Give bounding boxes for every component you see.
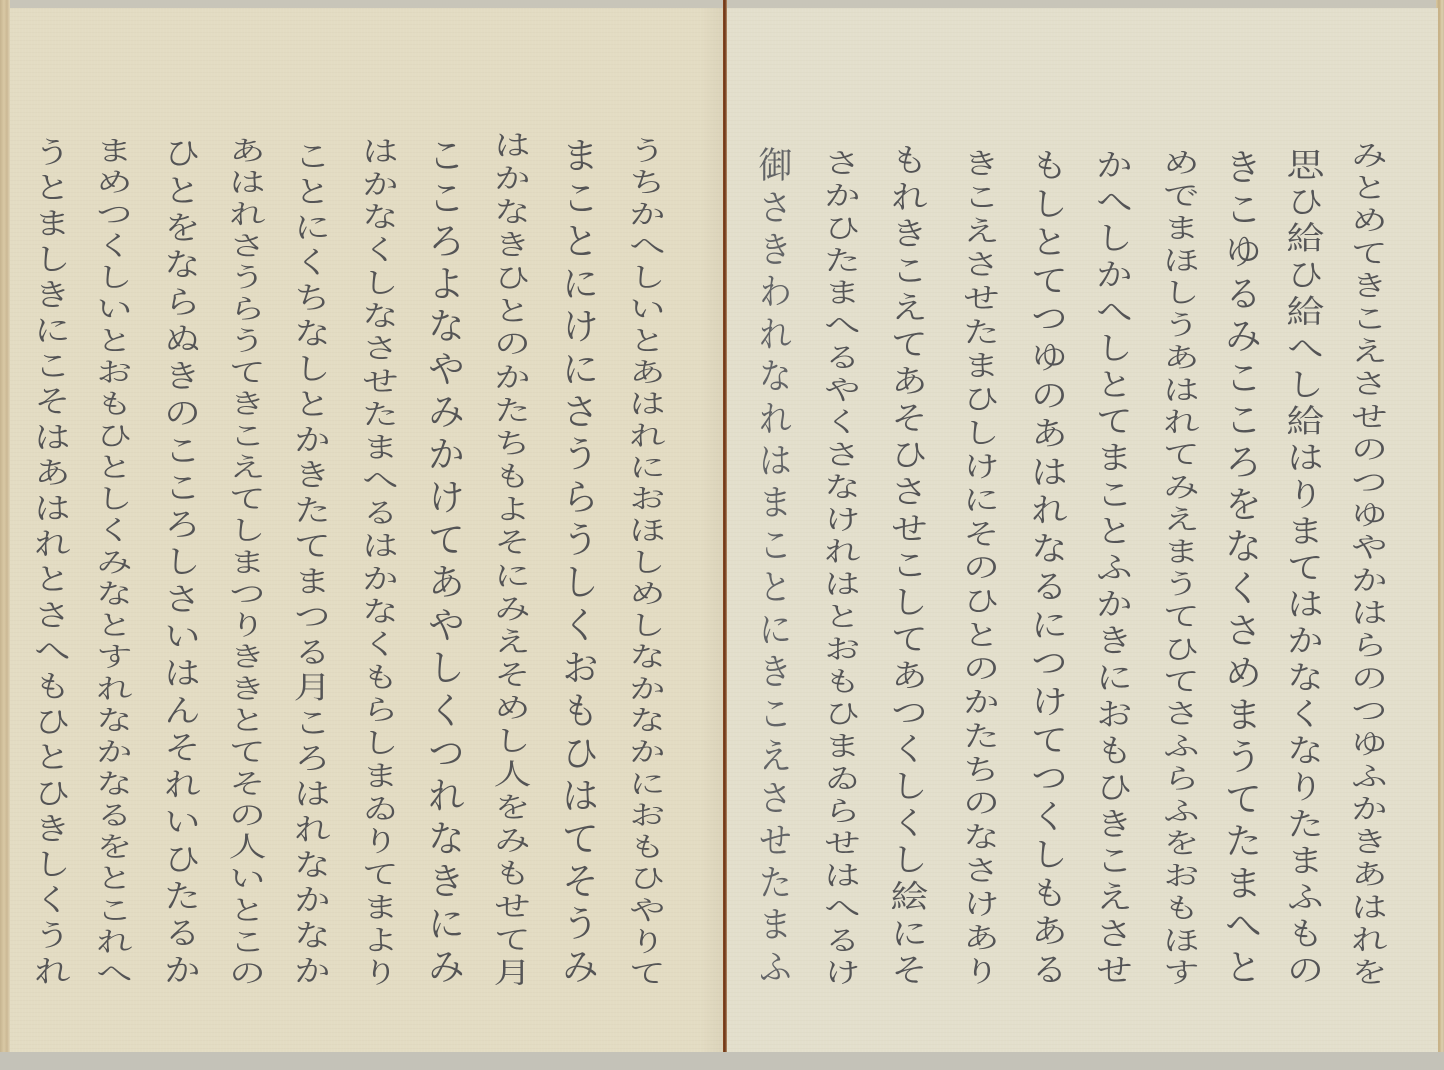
scan-bottom-edge	[0, 1052, 1444, 1070]
right-column-6: もしとてつゆのあはれなるにつけてつくしもある	[1027, 148, 1065, 990]
right-column-5: かへしかへしとてまことふかきにおもひきこえさせ	[1092, 148, 1130, 990]
right-column-2: 思ひ給ひ給へし給はりまてはかなくなりたまふもの	[1283, 148, 1321, 990]
left-column-2: まことにけにさうらうしくおもひはてそうみ	[558, 136, 596, 990]
gutter-shadow-left	[700, 8, 723, 1053]
left-column-10: うとましきにこそはあはれとさへもひとひきしくうれ	[30, 136, 68, 990]
right-column-3: きこゆるみこころをなくさめまうてたまへと	[1221, 148, 1259, 990]
left-column-7: あはれさうらうてきこえてしまつりききとてその人いとこの	[225, 136, 263, 990]
left-page: うちかへしいとあはれにおほしめしなかなかにおもひやりて まことにけにさうらうしく…	[10, 8, 723, 1053]
right-column-9: さかひたまへるやくさなけれはとおもひまゐらせはへるけ	[820, 148, 858, 990]
left-column-5: はかなくしなさせたまへるはかなくもらしまゐりてまより	[358, 136, 396, 991]
left-column-6: ことにくちなしとかきたてまつる月ころはれなかなか	[290, 140, 328, 990]
right-page: みとめてきこえさせのつゆやかはらのつゆふかきあはれを 思ひ給ひ給へし給はりまては…	[727, 8, 1438, 1053]
left-column-9: まめつくしいとおもひとしくみなとすれなかなるをとこれへ	[92, 136, 130, 990]
right-column-4: めでまほしうあはれてみえまうてひてさふらふをおもほす	[1159, 148, 1197, 990]
right-column-7: きこえさせたまひしけにそのひとのかたちのなさけあり	[959, 148, 997, 990]
left-column-1: うちかへしいとあはれにおほしめしなかなかにおもひやりて	[625, 136, 663, 990]
left-column-3: はかなきひとのかたちもよそにみえそめし人をみもせて月	[490, 130, 528, 990]
right-column-1: みとめてきこえさせのつゆやかはらのつゆふかきあはれを	[1347, 140, 1385, 990]
left-page-edge	[0, 0, 10, 1070]
book-spread: うちかへしいとあはれにおほしめしなかなかにおもひやりて まことにけにさうらうしく…	[0, 0, 1444, 1070]
scan-top-edge	[0, 0, 1444, 8]
right-column-8: もれきこえてあそひさせこしてあつくしくし絵にそ	[887, 143, 925, 990]
right-column-10: 御さきわれなれはまことにきこえさせたまふ	[755, 146, 789, 990]
left-column-4: こころよなやみかけてあやしくつれなきにみ	[424, 136, 462, 990]
left-column-8: ひとをならぬきのこころしさいはんそれいひたるか	[160, 136, 198, 990]
